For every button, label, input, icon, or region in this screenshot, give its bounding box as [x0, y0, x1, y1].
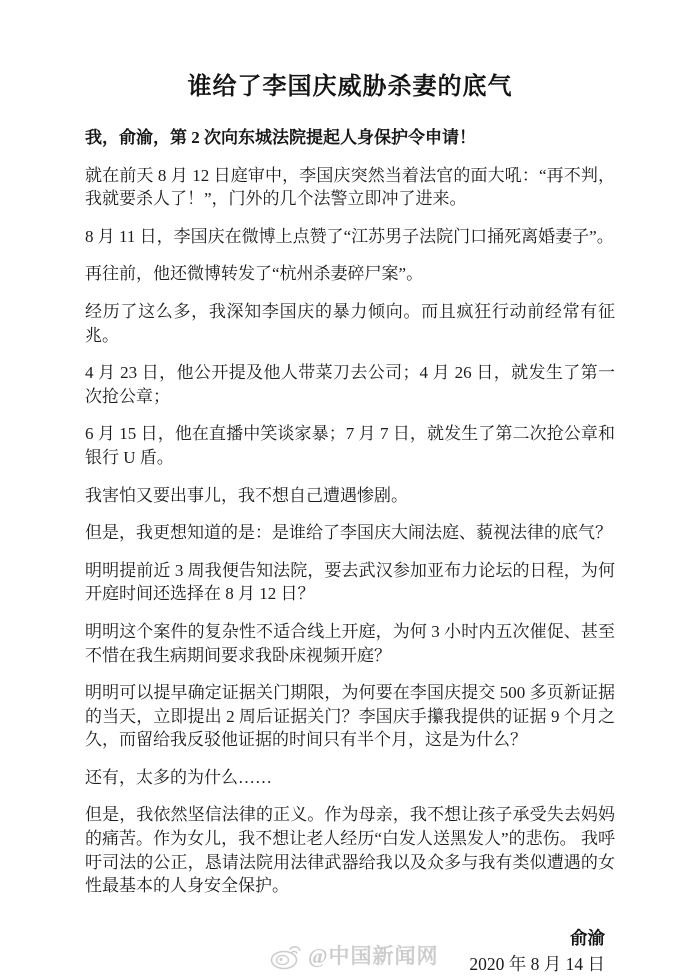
paragraph: 6 月 15 日，他在直播中笑谈家暴；7 月 7 日，就发生了第二次抢公章和银行… [85, 422, 615, 469]
weibo-logo-icon [270, 941, 304, 971]
paragraph: 再往前，他还微博转发了“杭州杀妻碎尸案”。 [85, 262, 615, 286]
document-title: 谁给了李国庆威胁杀妻的底气 [85, 72, 615, 102]
paragraph: 就在前天 8 月 12 日庭审中，李国庆突然当着法官的面大吼：“再不判，我就要杀… [85, 164, 615, 211]
watermark: @中国新闻网 [270, 941, 439, 971]
paragraph: 经历了这么多，我深知李国庆的暴力倾向。而且疯狂行动前经常有征兆。 [85, 300, 615, 347]
paragraph: 明明可以提早确定证据关门期限，为何要在李国庆提交 500 多页新证据的当天，立即… [85, 681, 615, 752]
paragraph: 4 月 23 日，他公开提及他人带菜刀去公司；4 月 26 日，就发生了第一次抢… [85, 361, 615, 408]
paragraph: 我害怕又要出事儿，我不想自己遭遇惨剧。 [85, 484, 615, 508]
paragraph: 还有，太多的为什么…… [85, 766, 615, 790]
paragraph: 明明这个案件的复杂性不适合线上开庭，为何 3 小时内五次催促、甚至不惜在我生病期… [85, 620, 615, 667]
watermark-handle: @中国新闻网 [308, 941, 439, 971]
paragraph: 明明提前近 3 周我便告知法院，要去武汉参加亚布力论坛的日程，为何开庭时间还选择… [85, 559, 615, 606]
statement-document: 谁给了李国庆威胁杀妻的底气 我，俞渝，第 2 次向东城法院提起人身保护令申请！ … [85, 0, 615, 976]
paragraph: 8 月 11 日，李国庆在微博上点赞了“江苏男子法院门口捅死离婚妻子”。 [85, 225, 615, 249]
lead-line: 我，俞渝，第 2 次向东城法院提起人身保护令申请！ [85, 126, 615, 150]
paragraph: 但是，我更想知道的是：是谁给了李国庆大闹法庭、藐视法律的底气？ [85, 521, 615, 545]
paragraph: 但是，我依然坚信法律的正义。作为母亲，我不想让孩子承受失去妈妈的痛苦。作为女儿，… [85, 803, 615, 897]
